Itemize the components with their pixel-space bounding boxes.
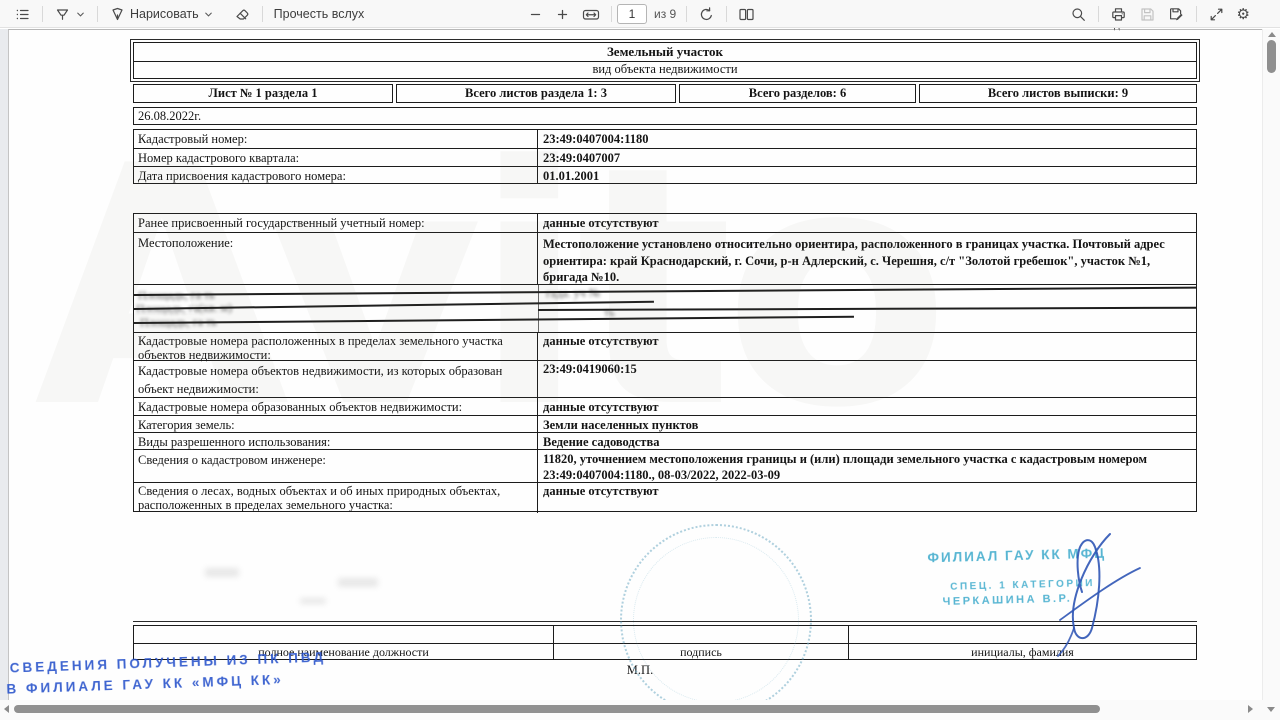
page-count-label: из 9 — [654, 7, 676, 21]
table-row: Дата присвоения кадастрового номера: 01.… — [134, 166, 1196, 183]
row-value: данные отсутствуют — [538, 398, 1196, 415]
table-row: Сведения о лесах, водных объектах и об и… — [134, 482, 1196, 513]
row-value: 01.01.2001 — [538, 167, 1196, 183]
object-type-table: Земельный участок вид объекта недвижимос… — [133, 42, 1197, 79]
rotate-button[interactable] — [692, 2, 721, 26]
plus-icon — [555, 7, 570, 22]
row-value: 11820, уточнением местоположения границы… — [538, 450, 1196, 482]
row-label: Кадастровые номера образованных объектов… — [134, 398, 538, 415]
faint-smudge — [338, 578, 378, 587]
row-value: Ведение садоводства — [538, 433, 1196, 449]
scroll-right-arrow[interactable] — [1248, 705, 1253, 713]
settings-button[interactable]: ⚙ — [1231, 2, 1256, 26]
gear-icon: ⚙ — [1237, 7, 1250, 22]
read-aloud-label: Прочесть вслух — [274, 7, 365, 21]
cadastral-id-table: Кадастровый номер: 23:49:0407004:1180 Но… — [133, 129, 1197, 184]
row-value: данные отсутствуют — [538, 214, 1196, 232]
toolbar-divider — [97, 6, 98, 22]
draw-button[interactable]: Нарисовать — [103, 2, 220, 26]
rotate-icon — [698, 6, 715, 23]
object-type-caption: вид объекта недвижимости — [134, 62, 1196, 78]
highlighter-button[interactable] — [48, 2, 92, 26]
row-value: 23:49:0407007 — [538, 149, 1196, 166]
row-label: Категория земель: — [134, 416, 538, 432]
draw-pen-icon — [109, 6, 126, 23]
table-row: Кадастровые номера образованных объектов… — [134, 397, 1196, 415]
table-row: Номер кадастрового квартала: 23:49:04070… — [134, 148, 1196, 166]
table-of-contents-button[interactable] — [8, 2, 37, 26]
toolbar-divider — [726, 6, 727, 22]
table-row: Местоположение: Местоположение установле… — [134, 232, 1196, 284]
horizontal-scrollbar[interactable] — [0, 700, 1262, 720]
two-page-view-icon — [738, 6, 755, 23]
row-value: Местоположение установлено относительно … — [538, 233, 1196, 284]
scroll-down-arrow[interactable] — [1267, 707, 1275, 712]
chevron-down-icon[interactable] — [75, 9, 86, 20]
toolbar-divider — [1098, 6, 1099, 22]
save-as-button[interactable] — [1162, 2, 1191, 26]
scroll-left-arrow[interactable] — [4, 705, 9, 713]
expand-icon — [1208, 6, 1225, 23]
redacted-rows: Площадь, га ть Площадь, га(кв. м) Площад… — [134, 284, 1196, 332]
toolbar-divider — [611, 6, 612, 22]
row-label: Сведения о лесах, водных объектах и об и… — [134, 483, 538, 513]
read-aloud-button[interactable]: Прочесть вслух — [268, 2, 371, 26]
handwritten-signature — [1022, 528, 1152, 663]
horizontal-scroll-thumb[interactable] — [14, 705, 1100, 713]
table-row: Кадастровый номер: 23:49:0407004:1180 — [134, 130, 1196, 148]
round-seal-stamp — [620, 524, 812, 716]
row-value: данные отсутствуют — [538, 333, 1196, 360]
table-of-contents-icon — [14, 6, 31, 23]
printer-icon — [1110, 6, 1127, 23]
save-icon — [1139, 6, 1156, 23]
zoom-out-button[interactable] — [522, 2, 549, 26]
pdf-toolbar: Нарисовать Прочесть вслух — [0, 0, 1280, 28]
fullscreen-button[interactable] — [1202, 2, 1231, 26]
toolbar-center-group: из 9 — [522, 0, 761, 28]
table-row: Виды разрешенного использования: Ведение… — [134, 432, 1196, 449]
table-row: Кадастровые номера объектов недвижимости… — [134, 360, 1196, 397]
table-row: Кадастровые номера расположенных в преде… — [134, 332, 1196, 360]
table-row: Ранее присвоенный государственный учетны… — [134, 214, 1196, 232]
row-label: Кадастровые номера объектов недвижимости… — [134, 361, 538, 397]
toolbar-divider — [42, 6, 43, 22]
chevron-down-icon[interactable] — [203, 9, 214, 20]
save-button[interactable] — [1133, 2, 1162, 26]
redacted-fragment: гада. уч № — [546, 286, 600, 302]
row-value: 23:49:0419060:15 — [538, 361, 1196, 397]
sheet-cell: Лист № 1 раздела 1 — [133, 84, 393, 103]
extract-date: 26.08.2022г. — [134, 108, 1196, 124]
object-type-title: Земельный участок — [134, 43, 1196, 61]
row-label: Номер кадастрового квартала: — [134, 149, 538, 166]
sheet-cell: Всего разделов: 6 — [679, 84, 916, 103]
toolbar-divider — [262, 6, 263, 22]
row-label: Дата присвоения кадастрового номера: — [134, 167, 538, 183]
print-button[interactable] — [1104, 2, 1133, 26]
stamp-line: В ФИЛИАЛЕ ГАУ КК «МФЦ КК» — [6, 670, 327, 696]
page-number-input[interactable] — [617, 4, 647, 24]
search-icon — [1070, 6, 1087, 23]
row-label: Ранее присвоенный государственный учетны… — [134, 214, 538, 232]
toolbar-divider — [686, 6, 687, 22]
highlighter-icon — [54, 6, 71, 23]
zoom-in-button[interactable] — [549, 2, 576, 26]
pdf-viewer-window: Нарисовать Прочесть вслух — [0, 0, 1280, 720]
page-view-button[interactable] — [732, 2, 761, 26]
minus-icon — [528, 7, 543, 22]
draw-button-label: Нарисовать — [130, 7, 199, 21]
row-label: Местоположение: — [134, 233, 538, 284]
vertical-scrollbar[interactable] — [1262, 29, 1280, 700]
date-row: 26.08.2022г. — [133, 107, 1197, 125]
save-as-icon — [1168, 6, 1185, 23]
scrollbar-corner — [1262, 700, 1280, 720]
toolbar-right-group: ⚙ — [1064, 0, 1256, 28]
details-table: Ранее присвоенный государственный учетны… — [133, 213, 1197, 512]
toolbar-divider — [1196, 6, 1197, 22]
row-value: 23:49:0407004:1180 — [538, 130, 1196, 148]
row-label: Кадастровый номер: — [134, 130, 538, 148]
table-row: Сведения о кадастровом инженере: 11820, … — [134, 449, 1196, 482]
toolbar-left-group: Нарисовать Прочесть вслух — [8, 0, 370, 28]
row-label: Виды разрешенного использования: — [134, 433, 538, 449]
sheet-info-row: Лист № 1 раздела 1 Всего листов раздела … — [133, 84, 1197, 103]
eraser-button[interactable] — [228, 2, 257, 26]
sheet-cell: Всего листов выписки: 9 — [919, 84, 1197, 103]
faint-smudge — [300, 598, 326, 604]
faint-smudge — [205, 568, 239, 577]
row-value: данные отсутствуют — [538, 483, 1196, 513]
row-value: Земли населенных пунктов — [538, 416, 1196, 432]
row-label: Кадастровые номера расположенных в преде… — [134, 333, 538, 360]
row-label: Сведения о кадастровом инженере: — [134, 450, 538, 482]
document-content: Раздел 1 лист 1 Земельный участок вид об… — [0, 0, 1280, 720]
eraser-icon — [234, 6, 251, 23]
data-source-stamp: СВЕДЕНИЯ ПОЛУЧЕНЫ ИЗ ПК ПВД В ФИЛИАЛЕ ГА… — [9, 649, 327, 696]
fit-to-width-button[interactable] — [576, 2, 606, 26]
table-row: Категория земель: Земли населенных пункт… — [134, 415, 1196, 432]
scroll-up-arrow[interactable] — [1268, 32, 1276, 37]
vertical-scroll-thumb[interactable] — [1267, 40, 1276, 73]
fit-width-icon — [582, 6, 600, 23]
search-button[interactable] — [1064, 2, 1093, 26]
sheet-cell: Всего листов раздела 1: 3 — [396, 84, 676, 103]
